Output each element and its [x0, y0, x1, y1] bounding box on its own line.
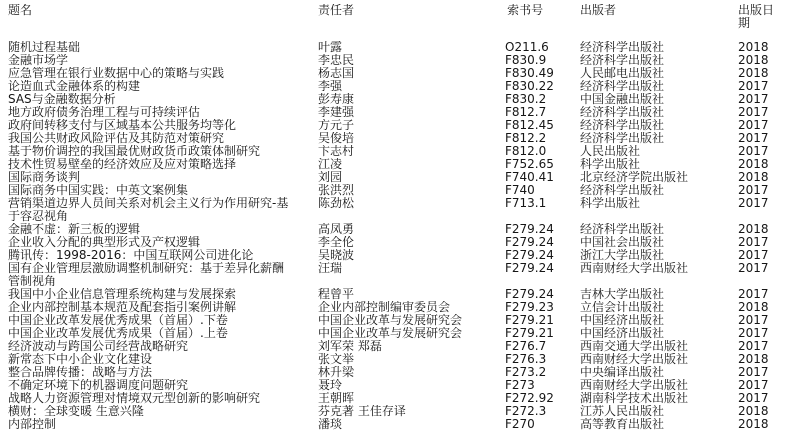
title-cell: 政府间转移支付与区域基本公共服务均等化 — [8, 119, 292, 132]
date-cell: 2018 — [738, 301, 782, 314]
author-cell: 刘军荣 郑磊 — [318, 340, 498, 353]
callno-cell: F273 — [505, 379, 577, 392]
author-cell: 张文举 — [318, 353, 498, 366]
date-cell: 2017 — [738, 184, 782, 197]
catalog-table: 题名 责任者 ↓索书号 出版者 出版日期 随机过程基础叶露O211.6经济科学出… — [0, 0, 798, 431]
book-row: 政府间转移支付与区域基本公共服务均等化方元子F812.45经济科学出版社2017 — [8, 119, 798, 132]
title-cell: 新常态下中小企业文化建设 — [8, 353, 292, 366]
date-cell: 2017 — [738, 236, 782, 249]
publisher-cell: 西南财经大学出版社 — [580, 262, 732, 275]
date-cell: 2017 — [738, 288, 782, 301]
publisher-cell: 浙江大学出版社 — [580, 249, 732, 262]
book-row: 横财：全球变暖 生意兴隆芬克著 王佳存译F272.3江苏人民出版社2018 — [8, 405, 798, 418]
callno-cell: F276.7 — [505, 340, 577, 353]
publisher-cell: 经济科学出版社 — [580, 132, 732, 145]
book-row: 中国企业改革发展优秀成果（首届）.上卷中国企业改革与发展研究会F279.21中国… — [8, 327, 798, 340]
author-cell: 叶露 — [318, 41, 498, 54]
date-cell: 2018 — [738, 405, 782, 418]
book-row: 随机过程基础叶露O211.6经济科学出版社2018 — [8, 41, 798, 54]
publisher-cell: 中央编译出版社 — [580, 366, 732, 379]
publisher-cell: 中国经济出版社 — [580, 327, 732, 340]
title-cell: 企业内部控制基本规范及配套指引案例讲解 — [8, 301, 292, 314]
callno-cell: F279.24 — [505, 223, 577, 236]
date-cell: 2017 — [738, 327, 782, 340]
title-cell: 国际商务谈判 — [8, 171, 292, 184]
date-cell: 2017 — [738, 145, 782, 158]
book-row: 营销渠道边界人员间关系对机会主义行为作用研究-基于容忍视角陈劲松F713.1科学… — [8, 197, 798, 223]
callno-cell: F740 — [505, 184, 577, 197]
date-cell: 2018 — [738, 171, 782, 184]
book-row: 我国中小企业信息管理系统构建与发展探索程曾平F279.24吉林大学出版社2017 — [8, 288, 798, 301]
author-cell: 卞志村 — [318, 145, 498, 158]
column-header-author[interactable]: 责任者 — [318, 4, 498, 17]
title-cell: 中国企业改革发展优秀成果（首届）.上卷 — [8, 327, 292, 340]
author-cell: 高凤勇 — [318, 223, 498, 236]
author-cell: 刘园 — [318, 171, 498, 184]
book-row: 国有企业管理层激励调整机制研究：基于差异化薪酬管制视角汪瑞F279.24西南财经… — [8, 262, 798, 288]
publisher-cell: 人民出版社 — [580, 145, 732, 158]
author-cell: 杨志国 — [318, 67, 498, 80]
book-row: SAS与金融数据分析彭寿康F830.2中国金融出版社2017 — [8, 93, 798, 106]
table-header: 题名 责任者 ↓索书号 出版者 出版日期 — [8, 4, 798, 30]
title-cell: 我国中小企业信息管理系统构建与发展探索 — [8, 288, 292, 301]
title-cell: SAS与金融数据分析 — [8, 93, 292, 106]
author-cell: 中国企业改革与发展研究会 — [318, 327, 498, 340]
book-row: 地方政府债务治理工程与可持续评估李建强F812.7经济科学出版社2017 — [8, 106, 798, 119]
column-header-date[interactable]: 出版日期 — [738, 4, 782, 30]
column-header-publisher[interactable]: 出版者 — [580, 4, 732, 17]
title-cell: 国际商务中国实践：中英文案例集 — [8, 184, 292, 197]
column-header-callno-label: 索书号 — [507, 4, 543, 17]
callno-cell: F279.23 — [505, 301, 577, 314]
date-cell: 2018 — [738, 67, 782, 80]
date-cell: 2018 — [738, 158, 782, 171]
date-cell: 2017 — [738, 106, 782, 119]
author-cell: 吴俊培 — [318, 132, 498, 145]
callno-cell: O211.6 — [505, 41, 577, 54]
book-row: 战略人力资源管理对情境双元型创新的影响研究王朝晖F272.92湖南科学技术出版社… — [8, 392, 798, 405]
date-cell: 2018 — [738, 418, 782, 431]
publisher-cell: 科学出版社 — [580, 158, 732, 171]
author-cell: 江凌 — [318, 158, 498, 171]
publisher-cell: 西南交通大学出版社 — [580, 340, 732, 353]
callno-cell: F279.24 — [505, 262, 577, 275]
book-row: 整合品牌传播：战略与方法林升梁F273.2中央编译出版社2017 — [8, 366, 798, 379]
date-cell: 2017 — [738, 132, 782, 145]
title-cell: 营销渠道边界人员间关系对机会主义行为作用研究-基于容忍视角 — [8, 197, 292, 223]
date-cell: 2017 — [738, 366, 782, 379]
book-row: 技术性贸易壁垒的经济效应及应对策略选择江凌F752.65科学出版社2018 — [8, 158, 798, 171]
date-cell: 2017 — [738, 314, 782, 327]
author-cell: 吴晓波 — [318, 249, 498, 262]
title-cell: 经济波动与跨国公司经营战略研究 — [8, 340, 292, 353]
title-cell: 整合品牌传播：战略与方法 — [8, 366, 292, 379]
book-row: 中国企业改革发展优秀成果（首届）.下卷中国企业改革与发展研究会F279.21中国… — [8, 314, 798, 327]
publisher-cell: 西南财经大学出版社 — [580, 353, 732, 366]
author-cell: 王朝晖 — [318, 392, 498, 405]
title-cell: 不确定环境下的机器调度问题研究 — [8, 379, 292, 392]
callno-cell: F279.21 — [505, 327, 577, 340]
publisher-cell: 经济科学出版社 — [580, 80, 732, 93]
title-cell: 腾讯传：1998-2016：中国互联网公司进化论 — [8, 249, 292, 262]
callno-cell: F272.3 — [505, 405, 577, 418]
column-header-title[interactable]: 题名 — [8, 4, 292, 17]
title-cell: 应急管理在银行业数据中心的策略与实践 — [8, 67, 292, 80]
book-row: 企业内部控制基本规范及配套指引案例讲解企业内部控制编审委员会F279.23立信会… — [8, 301, 798, 314]
callno-cell: F830.9 — [505, 54, 577, 67]
publisher-cell: 中国经济出版社 — [580, 314, 732, 327]
publisher-cell: 经济科学出版社 — [580, 184, 732, 197]
publisher-cell: 科学出版社 — [580, 197, 732, 210]
callno-cell: F752.65 — [505, 158, 577, 171]
date-cell: 2017 — [738, 340, 782, 353]
book-row: 腾讯传：1998-2016：中国互联网公司进化论吴晓波F279.24浙江大学出版… — [8, 249, 798, 262]
publisher-cell: 江苏人民出版社 — [580, 405, 732, 418]
title-cell: 企业收入分配的典型形式及产权逻辑 — [8, 236, 292, 249]
date-cell: 2017 — [738, 262, 782, 275]
title-cell: 论造血式金融体系的构建 — [8, 80, 292, 93]
book-row: 经济波动与跨国公司经营战略研究刘军荣 郑磊F276.7西南交通大学出版社2017 — [8, 340, 798, 353]
callno-cell: F279.24 — [505, 249, 577, 262]
author-cell: 张洪烈 — [318, 184, 498, 197]
callno-cell: F279.24 — [505, 236, 577, 249]
author-cell: 企业内部控制编审委员会 — [318, 301, 498, 314]
book-row: 国际商务中国实践：中英文案例集张洪烈F740经济科学出版社2017 — [8, 184, 798, 197]
title-cell: 随机过程基础 — [8, 41, 292, 54]
callno-cell: F830.49 — [505, 67, 577, 80]
book-row: 金融不虚：新三板的逻辑高凤勇F279.24经济科学出版社2018 — [8, 223, 798, 236]
callno-cell: F272.92 — [505, 392, 577, 405]
title-cell: 地方政府债务治理工程与可持续评估 — [8, 106, 292, 119]
date-cell: 2017 — [738, 119, 782, 132]
date-cell: 2018 — [738, 223, 782, 236]
publisher-cell: 经济科学出版社 — [580, 106, 732, 119]
book-row: 新常态下中小企业文化建设张文举F276.3西南财经大学出版社2018 — [8, 353, 798, 366]
book-row: 论造血式金融体系的构建李强F830.22经济科学出版社2017 — [8, 80, 798, 93]
book-row: 内部控制潘琰F270高等教育出版社2018 — [8, 418, 798, 431]
sort-desc-icon: ↓ — [505, 4, 506, 17]
publisher-cell: 中国金融出版社 — [580, 93, 732, 106]
title-cell: 金融不虚：新三板的逻辑 — [8, 223, 292, 236]
author-cell: 芬克著 王佳存译 — [318, 405, 498, 418]
callno-cell: F812.2 — [505, 132, 577, 145]
callno-cell: F812.7 — [505, 106, 577, 119]
author-cell: 陈劲松 — [318, 197, 498, 210]
title-cell: 技术性贸易壁垒的经济效应及应对策略选择 — [8, 158, 292, 171]
date-cell: 2018 — [738, 353, 782, 366]
date-cell: 2018 — [738, 41, 782, 54]
date-cell: 2017 — [738, 93, 782, 106]
author-cell: 中国企业改革与发展研究会 — [318, 314, 498, 327]
publisher-cell: 经济科学出版社 — [580, 41, 732, 54]
callno-cell: F279.21 — [505, 314, 577, 327]
publisher-cell: 中国社会出版社 — [580, 236, 732, 249]
callno-cell: F830.22 — [505, 80, 577, 93]
book-row: 国际商务谈判刘园F740.41北京经济学院出版社2018 — [8, 171, 798, 184]
date-cell: 2018 — [738, 54, 782, 67]
publisher-cell: 立信会计出版社 — [580, 301, 732, 314]
book-row: 我国公共财政风险评估及其防范对策研究吴俊培F812.2经济科学出版社2017 — [8, 132, 798, 145]
callno-cell: F812.0 — [505, 145, 577, 158]
title-cell: 战略人力资源管理对情境双元型创新的影响研究 — [8, 392, 292, 405]
date-cell: 2017 — [738, 392, 782, 405]
title-cell: 金融市场学 — [8, 54, 292, 67]
table-body: 随机过程基础叶露O211.6经济科学出版社2018金融市场学李忠民F830.9经… — [8, 41, 798, 431]
callno-cell: F740.41 — [505, 171, 577, 184]
author-cell: 彭寿康 — [318, 93, 498, 106]
publisher-cell: 北京经济学院出版社 — [580, 171, 732, 184]
publisher-cell: 西南财经大学出版社 — [580, 379, 732, 392]
author-cell: 林升梁 — [318, 366, 498, 379]
book-row: 不确定环境下的机器调度问题研究聂玲F273西南财经大学出版社2017 — [8, 379, 798, 392]
publisher-cell: 经济科学出版社 — [580, 54, 732, 67]
date-cell: 2017 — [738, 379, 782, 392]
author-cell: 方元子 — [318, 119, 498, 132]
title-cell: 内部控制 — [8, 418, 292, 431]
callno-cell: F830.2 — [505, 93, 577, 106]
title-cell: 我国公共财政风险评估及其防范对策研究 — [8, 132, 292, 145]
author-cell: 潘琰 — [318, 418, 498, 431]
author-cell: 聂玲 — [318, 379, 498, 392]
author-cell: 李建强 — [318, 106, 498, 119]
author-cell: 李强 — [318, 80, 498, 93]
callno-cell: F812.45 — [505, 119, 577, 132]
author-cell: 程曾平 — [318, 288, 498, 301]
callno-cell: F713.1 — [505, 197, 577, 210]
book-row: 基于物价调控的我国最优财政货币政策体制研究卞志村F812.0人民出版社2017 — [8, 145, 798, 158]
date-cell: 2017 — [738, 80, 782, 93]
author-cell: 李忠民 — [318, 54, 498, 67]
callno-cell: F273.2 — [505, 366, 577, 379]
title-cell: 国有企业管理层激励调整机制研究：基于差异化薪酬管制视角 — [8, 262, 292, 288]
title-cell: 中国企业改革发展优秀成果（首届）.下卷 — [8, 314, 292, 327]
title-cell: 基于物价调控的我国最优财政货币政策体制研究 — [8, 145, 292, 158]
callno-cell: F276.3 — [505, 353, 577, 366]
book-row: 应急管理在银行业数据中心的策略与实践杨志国F830.49人民邮电出版社2018 — [8, 67, 798, 80]
date-cell: 2017 — [738, 197, 782, 210]
author-cell: 李全伦 — [318, 236, 498, 249]
publisher-cell: 经济科学出版社 — [580, 119, 732, 132]
book-row: 企业收入分配的典型形式及产权逻辑李全伦F279.24中国社会出版社2017 — [8, 236, 798, 249]
publisher-cell: 经济科学出版社 — [580, 223, 732, 236]
callno-cell: F279.24 — [505, 288, 577, 301]
publisher-cell: 吉林大学出版社 — [580, 288, 732, 301]
author-cell: 汪瑞 — [318, 262, 498, 275]
publisher-cell: 人民邮电出版社 — [580, 67, 732, 80]
date-cell: 2017 — [738, 249, 782, 262]
column-header-callno[interactable]: ↓索书号 — [505, 4, 577, 17]
publisher-cell: 湖南科学技术出版社 — [580, 392, 732, 405]
callno-cell: F270 — [505, 418, 577, 431]
book-row: 金融市场学李忠民F830.9经济科学出版社2018 — [8, 54, 798, 67]
title-cell: 横财：全球变暖 生意兴隆 — [8, 405, 292, 418]
publisher-cell: 高等教育出版社 — [580, 418, 732, 431]
